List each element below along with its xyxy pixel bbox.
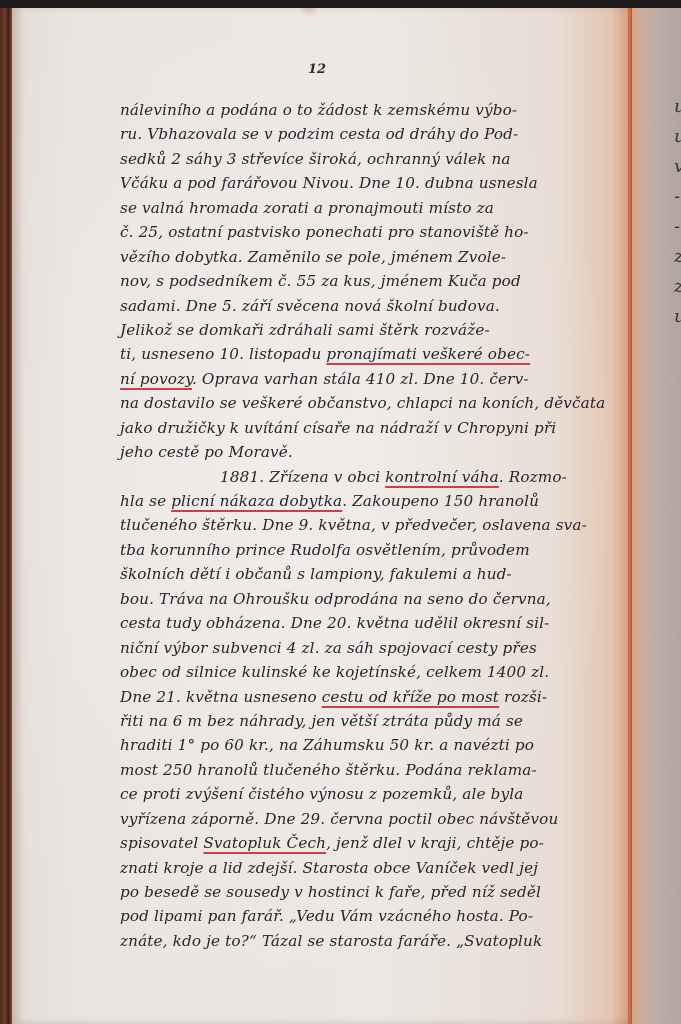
text-line: Včáku a pod farářovou Nivou. Dne 10. dub… <box>120 171 630 195</box>
text-span: vězího dobytka. Zaměnilo se pole, jménem… <box>120 248 506 266</box>
text-span: . Oprava varhan stála 410 zl. Dne 10. če… <box>192 370 529 388</box>
text-line: obec od silnice kulinské ke kojetínské, … <box>120 660 630 684</box>
text-span: most 250 hranolů tlučeného štěrku. Podán… <box>120 761 537 779</box>
underlined-phrase: pronajímati veškeré obec- <box>326 345 530 363</box>
facing-page-fragment: - <box>674 216 680 237</box>
text-span: školních dětí i občanů s lampiony, fakul… <box>120 565 512 583</box>
facing-page-fragment: z <box>674 246 681 267</box>
text-line: nov, s podsedníkem č. 55 za kus, jménem … <box>120 269 630 293</box>
text-span: sadami. Dne 5. září svěcena nová školní … <box>120 297 500 315</box>
text-span: náleviního a podána o to žádost k zemské… <box>120 101 517 119</box>
underlined-phrase: cestu od kříže po most <box>322 688 499 706</box>
text-span: obec od silnice kulinské ke kojetínské, … <box>120 663 549 681</box>
text-line: hla se plicní nákaza dobytka. Zakoupeno … <box>120 489 630 513</box>
underlined-phrase: kontrolní váha <box>385 468 499 486</box>
text-line: vyřízena záporně. Dne 29. června poctil … <box>120 807 630 831</box>
chronicle-page: 12 náleviního a podána o to žádost k zem… <box>12 6 630 1024</box>
text-line: řiti na 6 m bez náhrady, jen větší ztrát… <box>120 709 630 733</box>
text-line: po besedě se sousedy v hostinci k faře, … <box>120 880 630 904</box>
underlined-phrase: Svatopluk Čech <box>203 834 326 852</box>
text-line: sadami. Dne 5. září svěcena nová školní … <box>120 294 630 318</box>
text-span: nov, s podsedníkem č. 55 za kus, jménem … <box>120 272 521 290</box>
text-line: znáte, kdo je to?“ Tázal se starosta far… <box>120 929 630 953</box>
text-span: tba korunního prince Rudolfa osvětlením,… <box>120 541 530 559</box>
text-span: pod lipami pan farář. „Vedu Vám vzácného… <box>120 907 533 925</box>
underlined-phrase: plicní nákaza dobytka <box>171 492 342 510</box>
text-span: jako družičky k uvítání císaře na nádraž… <box>120 419 556 437</box>
text-line: bou. Tráva na Ohroušku odprodána na seno… <box>120 587 630 611</box>
text-span: jeho cestě po Moravě. <box>120 443 293 461</box>
text-span: sedků 2 sáhy 3 střevíce široká, ochranný… <box>120 150 511 168</box>
text-span: po besedě se sousedy v hostinci k faře, … <box>120 883 541 901</box>
text-span: cesta tudy obházena. Dne 20. května uděl… <box>120 614 549 632</box>
text-span: vyřízena záporně. Dne 29. června poctil … <box>120 810 558 828</box>
text-span: Včáku a pod farářovou Nivou. Dne 10. dub… <box>120 174 538 192</box>
text-span: na dostavilo se veškeré občanstvo, chlap… <box>120 394 605 412</box>
handwritten-text-block: náleviního a podána o to žádost k zemské… <box>120 98 630 953</box>
text-span: znáte, kdo je to?“ Tázal se starosta far… <box>120 932 542 950</box>
text-line: tlučeného štěrku. Dne 9. května, v předv… <box>120 513 630 537</box>
facing-page-fragment: u <box>674 96 681 117</box>
text-line: jeho cestě po Moravě. <box>120 440 630 464</box>
text-span: tlučeného štěrku. Dne 9. května, v předv… <box>120 516 587 534</box>
text-line: na dostavilo se veškeré občanstvo, chlap… <box>120 391 630 415</box>
text-line: školních dětí i občanů s lampiony, fakul… <box>120 562 630 586</box>
text-line: most 250 hranolů tlučeného štěrku. Podán… <box>120 758 630 782</box>
text-span: . Rozmo- <box>499 468 567 486</box>
open-book-photo: 12 náleviního a podána o to žádost k zem… <box>0 0 681 1024</box>
facing-page-fragment: z <box>674 276 681 297</box>
book-cover-edge <box>0 0 12 1024</box>
underlined-phrase: ní povozy <box>120 370 192 388</box>
text-line: spisovatel Svatopluk Čech, jenž dlel v k… <box>120 831 630 855</box>
text-line: Dne 21. května usneseno cestu od kříže p… <box>120 685 630 709</box>
text-line: č. 25, ostatní pastvisko ponechati pro s… <box>120 220 630 244</box>
text-line: vězího dobytka. Zaměnilo se pole, jménem… <box>120 245 630 269</box>
text-span: . Zakoupeno 150 hranolů <box>342 492 539 510</box>
text-line: Jelikož se domkaři zdráhali sami štěrk r… <box>120 318 630 342</box>
text-span: hla se <box>120 492 171 510</box>
text-span: , jenž dlel v kraji, chtěje po- <box>326 834 544 852</box>
text-line: ru. Vbhazovala se v podzim cesta od dráh… <box>120 122 630 146</box>
text-line: 1881. Zřízena v obci kontrolní váha. Roz… <box>120 465 630 489</box>
text-span: Dne 21. května usneseno <box>120 688 322 706</box>
text-span: niční výbor subvenci 4 zl. za sáh spojov… <box>120 639 537 657</box>
text-line: ní povozy. Oprava varhan stála 410 zl. D… <box>120 367 630 391</box>
text-line: znati kroje a lid zdejší. Starosta obce … <box>120 856 630 880</box>
text-span: č. 25, ostatní pastvisko ponechati pro s… <box>120 223 529 241</box>
text-line: tba korunního prince Rudolfa osvětlením,… <box>120 538 630 562</box>
text-span: Jelikož se domkaři zdráhali sami štěrk r… <box>120 321 490 339</box>
facing-page-fragment: u <box>674 126 681 147</box>
text-line: cesta tudy obházena. Dne 20. května uděl… <box>120 611 630 635</box>
text-line: niční výbor subvenci 4 zl. za sáh spojov… <box>120 636 630 660</box>
text-span: ce proti zvýšení čistého výnosu z pozemk… <box>120 785 523 803</box>
page-number: 12 <box>308 62 326 77</box>
text-span: ti, usneseno 10. listopadu <box>120 345 326 363</box>
text-line: pod lipami pan farář. „Vedu Vám vzácného… <box>120 904 630 928</box>
text-line: hraditi 1° po 60 kr., na Záhumsku 50 kr.… <box>120 733 630 757</box>
text-line: se valná hromada zorati a pronajmouti mí… <box>120 196 630 220</box>
text-line: jako družičky k uvítání císaře na nádraž… <box>120 416 630 440</box>
text-span: znati kroje a lid zdejší. Starosta obce … <box>120 859 538 877</box>
text-span: spisovatel <box>120 834 203 852</box>
facing-page-edge: uuv--zzu <box>632 6 681 1024</box>
text-span: 1881. Zřízena v obci <box>220 468 385 486</box>
top-shadow <box>0 0 681 8</box>
facing-page-fragment: - <box>674 186 680 207</box>
text-span: řiti na 6 m bez náhrady, jen větší ztrát… <box>120 712 523 730</box>
text-line: sedků 2 sáhy 3 střevíce široká, ochranný… <box>120 147 630 171</box>
text-span: bou. Tráva na Ohroušku odprodána na seno… <box>120 590 551 608</box>
text-span: rozši- <box>499 688 547 706</box>
text-line: náleviního a podána o to žádost k zemské… <box>120 98 630 122</box>
text-line: ce proti zvýšení čistého výnosu z pozemk… <box>120 782 630 806</box>
text-line: ti, usneseno 10. listopadu pronajímati v… <box>120 342 630 366</box>
text-span: hraditi 1° po 60 kr., na Záhumsku 50 kr.… <box>120 736 534 754</box>
text-span: ru. Vbhazovala se v podzim cesta od dráh… <box>120 125 518 143</box>
facing-page-fragment: v <box>674 156 681 177</box>
facing-page-fragment: u <box>674 306 681 327</box>
text-span: se valná hromada zorati a pronajmouti mí… <box>120 199 494 217</box>
